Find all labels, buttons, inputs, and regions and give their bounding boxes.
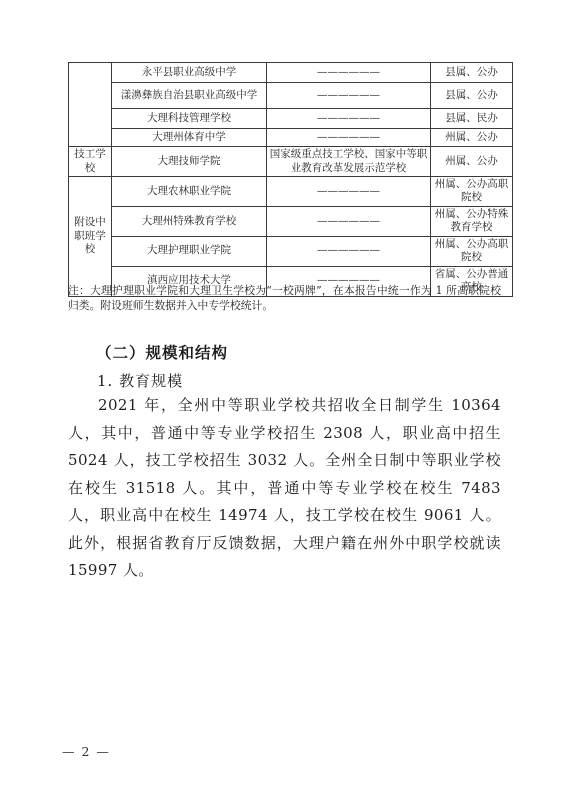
category-cell: 技工学校 <box>69 147 112 177</box>
affiliation-cell: 县属、公办 <box>431 63 513 83</box>
honors-cell: —————— <box>267 177 431 207</box>
category-cell: 附设中职班学校 <box>69 177 112 297</box>
honors-cell: 国家级重点技工学校、国家中等职业教育改革发展示范学校 <box>267 147 431 177</box>
school-cell: 大理科技管理学校 <box>112 109 267 129</box>
school-table: 永平县职业高级中学 —————— 县属、公办 漾濞彝族自治县职业高级中学 ———… <box>68 62 513 297</box>
school-cell: 永平县职业高级中学 <box>112 63 267 83</box>
affiliation-cell: 县属、民办 <box>431 109 513 129</box>
school-cell: 大理护理职业学院 <box>112 236 267 266</box>
honors-cell: —————— <box>267 206 431 236</box>
section-heading: （二）规模和结构 <box>96 341 228 363</box>
affiliation-cell: 州属、公办高职院校 <box>431 177 513 207</box>
school-table-container: 永平县职业高级中学 —————— 县属、公办 漾濞彝族自治县职业高级中学 ———… <box>68 62 513 297</box>
school-cell: 大理州特殊教育学校 <box>112 206 267 236</box>
table-footnote: 注：大理护理职业学院和大理卫生学校为“一校两牌”，在本报告中统一作为 1 所高职… <box>68 283 501 313</box>
honors-cell: —————— <box>267 129 431 147</box>
table-row: 大理州体育中学 —————— 州属、公办 <box>69 129 513 147</box>
affiliation-cell: 州属、公办 <box>431 147 513 177</box>
body-paragraph: 2021 年，全州中等职业学校共招收全日制学生 10364 人，其中，普通中等专… <box>68 392 501 585</box>
school-cell: 大理农林职业学院 <box>112 177 267 207</box>
honors-cell: —————— <box>267 83 431 109</box>
affiliation-cell: 州属、公办 <box>431 129 513 147</box>
affiliation-cell: 州属、公办高职院校 <box>431 236 513 266</box>
table-row: 技工学校 大理技师学院 国家级重点技工学校、国家中等职业教育改革发展示范学校 州… <box>69 147 513 177</box>
table-row: 永平县职业高级中学 —————— 县属、公办 <box>69 63 513 83</box>
table-row: 大理护理职业学院 —————— 州属、公办高职院校 <box>69 236 513 266</box>
affiliation-cell: 州属、公办特殊教育学校 <box>431 206 513 236</box>
table-row: 漾濞彝族自治县职业高级中学 —————— 县属、公办 <box>69 83 513 109</box>
document-page: 永平县职业高级中学 —————— 县属、公办 漾濞彝族自治县职业高级中学 ———… <box>0 0 565 800</box>
school-cell: 大理州体育中学 <box>112 129 267 147</box>
honors-cell: —————— <box>267 236 431 266</box>
sub-heading: 1. 教育规模 <box>97 370 183 391</box>
category-cell <box>69 63 112 147</box>
honors-cell: —————— <box>267 63 431 83</box>
table-row: 大理州特殊教育学校 —————— 州属、公办特殊教育学校 <box>69 206 513 236</box>
page-number: — 2 — <box>62 744 110 759</box>
affiliation-cell: 县属、公办 <box>431 83 513 109</box>
school-cell: 漾濞彝族自治县职业高级中学 <box>112 83 267 109</box>
honors-cell: —————— <box>267 109 431 129</box>
school-cell: 大理技师学院 <box>112 147 267 177</box>
table-row: 大理科技管理学校 —————— 县属、民办 <box>69 109 513 129</box>
table-row: 附设中职班学校 大理农林职业学院 —————— 州属、公办高职院校 <box>69 177 513 207</box>
